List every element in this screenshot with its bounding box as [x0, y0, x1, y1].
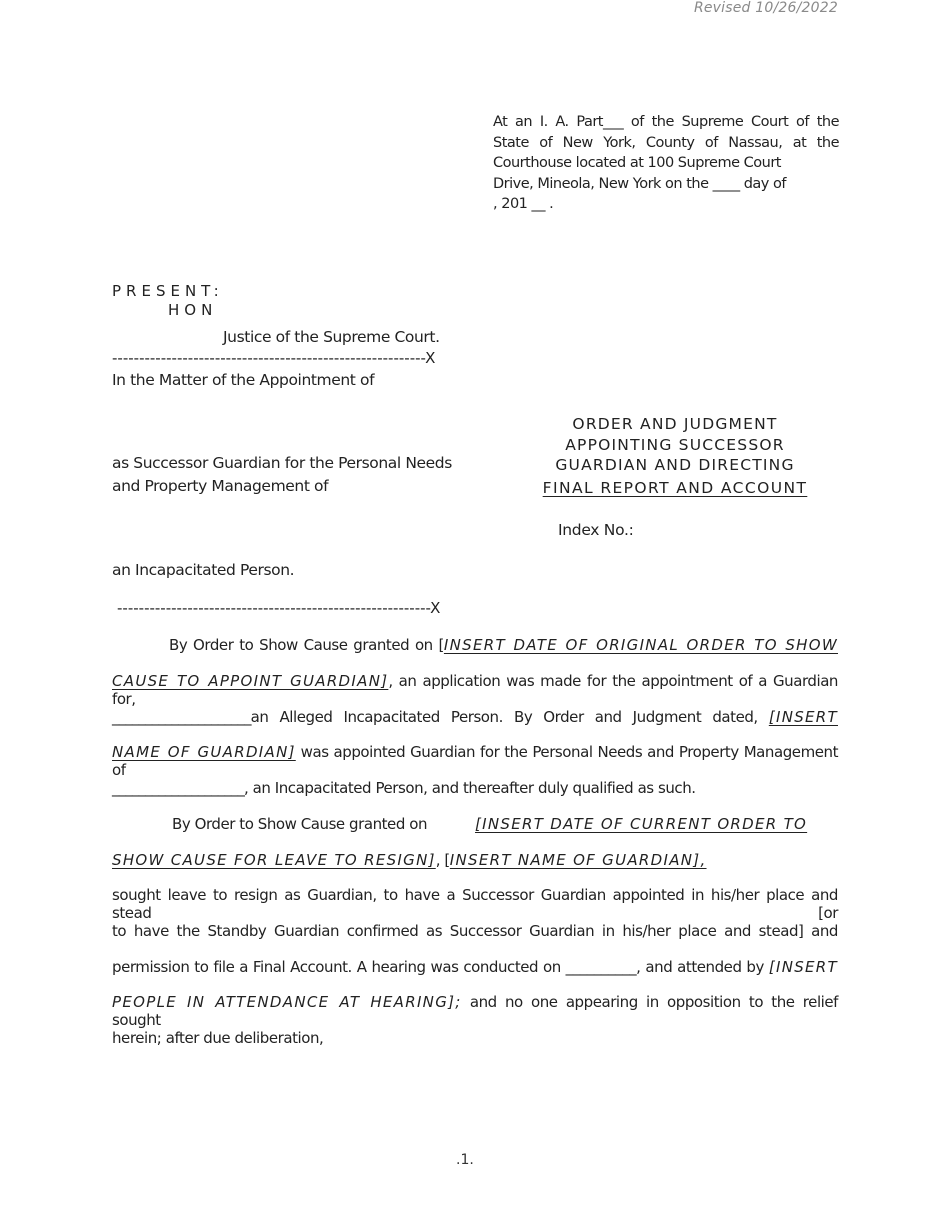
- index-number-label: Index No.:: [558, 521, 634, 539]
- title-line: ORDER AND JUDGMENT: [535, 414, 815, 435]
- insert-placeholder: [INSERT: [769, 708, 838, 726]
- caption-line: , 201 __ .: [493, 194, 839, 215]
- paragraph-line: SHOW CAUSE FOR LEAVE TO RESIGN], [INSERT…: [112, 851, 838, 869]
- paragraph-line: PEOPLE IN ATTENDANCE AT HEARING]; and no…: [112, 993, 838, 1029]
- paragraph-line: to have the Standby Guardian confirmed a…: [112, 922, 838, 940]
- paragraph-line: herein; after due deliberation,: [112, 1029, 838, 1047]
- paragraph-line: CAUSE TO APPOINT GUARDIAN], an applicati…: [112, 672, 838, 708]
- insert-placeholder: PEOPLE IN ATTENDANCE AT HEARING];: [112, 993, 462, 1011]
- blank-field: _____________________: [112, 708, 251, 726]
- caption-line: At an I. A. Part___ of the Supreme Court…: [493, 112, 839, 133]
- caption-line: State of New York, County of Nassau, at …: [493, 133, 839, 154]
- paragraph-line: permission to file a Final Account. A he…: [112, 958, 838, 976]
- insert-placeholder: INSERT DATE OF ORIGINAL ORDER TO SHOW: [444, 636, 838, 654]
- blank-field: ____________________: [112, 779, 244, 797]
- hon-label: HON: [168, 301, 217, 319]
- paragraph-line: sought leave to resign as Guardian, to h…: [112, 886, 838, 922]
- paragraph-line: _____________________an Alleged Incapaci…: [112, 708, 838, 726]
- document-title: ORDER AND JUDGMENT APPOINTING SUCCESSOR …: [535, 414, 815, 498]
- insert-placeholder: [INSERT DATE OF CURRENT ORDER TO: [475, 815, 807, 833]
- insert-placeholder: SHOW CAUSE FOR LEAVE TO RESIGN]: [112, 851, 436, 869]
- insert-placeholder: NAME OF GUARDIAN]: [112, 743, 296, 761]
- present-label: PRESENT:: [112, 282, 224, 300]
- title-line-underlined: FINAL REPORT AND ACCOUNT: [535, 478, 815, 499]
- paragraph-line: NAME OF GUARDIAN] was appointed Guardian…: [112, 743, 838, 779]
- title-line: APPOINTING SUCCESSOR: [535, 435, 815, 456]
- insert-placeholder: INSERT NAME OF GUARDIAN],: [450, 851, 707, 869]
- paragraph-line: By Order to Show Cause granted on [INSER…: [112, 636, 838, 654]
- matter-heading: In the Matter of the Appointment of: [112, 371, 374, 389]
- incapacitated-person-text: an Incapacitated Person.: [112, 561, 294, 579]
- document-page: Revised 10/26/2022 At an I. A. Part___ o…: [0, 0, 950, 1230]
- caption-separator-bottom: ----------------------------------------…: [117, 599, 440, 617]
- court-caption: At an I. A. Part___ of the Supreme Court…: [493, 112, 839, 215]
- insert-placeholder: CAUSE TO APPOINT GUARDIAN]: [112, 672, 388, 690]
- paragraph-line: ____________________, an Incapacitated P…: [112, 779, 838, 797]
- caption-separator-top: ----------------------------------------…: [112, 349, 435, 367]
- justice-label: Justice of the Supreme Court.: [223, 328, 440, 346]
- title-line: GUARDIAN AND DIRECTING: [535, 455, 815, 476]
- caption-line: Courthouse located at 100 Supreme Court: [493, 153, 839, 174]
- and-property-text: and Property Management of: [112, 477, 328, 495]
- insert-placeholder: [INSERT: [769, 958, 838, 976]
- page-number: .1.: [456, 1152, 474, 1168]
- revision-date: Revised 10/26/2022: [694, 0, 838, 16]
- caption-line: Drive, Mineola, New York on the ____ day…: [493, 174, 839, 195]
- as-successor-text: as Successor Guardian for the Personal N…: [112, 454, 452, 472]
- paragraph-line: By Order to Show Cause granted on[INSERT…: [112, 815, 898, 833]
